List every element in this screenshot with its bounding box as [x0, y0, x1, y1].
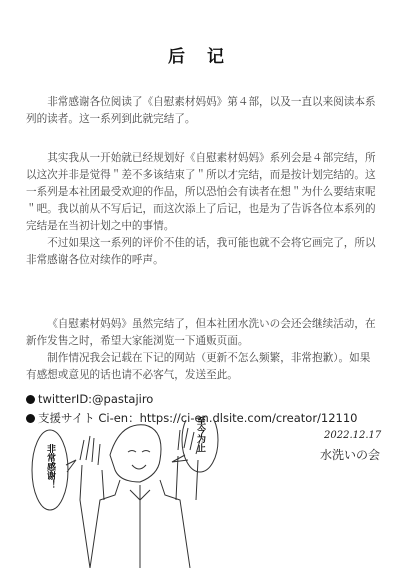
- paragraph: 其实我从一开始就已经规划好《自慰素材妈妈》系列会是４部完结，所以这次并非是觉得＂…: [26, 150, 376, 235]
- paragraph-group-2: 其实我从一开始就已经规划好《自慰素材妈妈》系列会是４部完结，所以这次并非是觉得＂…: [26, 150, 376, 269]
- illustration: 非常感谢！ 至今为止: [20, 420, 240, 568]
- page-title: 后 记: [0, 42, 400, 67]
- paragraph: 非常感谢各位阅读了《自慰素材妈妈》第４部，以及一直以来阅读本系列的读者。这一系列…: [26, 94, 376, 128]
- twitter-link[interactable]: twitterID:@pastajiro: [26, 390, 358, 409]
- paragraph: 《自慰素材妈妈》虽然完结了，但本社团水洗いの会还会继续活动，在新作发售之时，希望…: [26, 316, 376, 350]
- bullet-icon: [26, 395, 35, 404]
- paragraph: 制作情况我会记载在下记的网站（更新不怎么频繁，非常抱歉）。如果有感想或意见的话也…: [26, 350, 376, 384]
- speech-bubble-right: 至今为止: [194, 416, 207, 452]
- paragraph-group-1: 非常感谢各位阅读了《自慰素材妈妈》第４部，以及一直以来阅读本系列的读者。这一系列…: [26, 94, 376, 128]
- paragraph: 不过如果这一系列的评价不佳的话，我可能也就不会将它画完了，所以非常感谢各位对续作…: [26, 235, 376, 269]
- character-drawing-icon: [20, 420, 240, 568]
- signature-name: 水洗いの会: [320, 446, 380, 463]
- signature-date: 2022.12.17: [324, 430, 381, 441]
- paragraph-group-3: 《自慰素材妈妈》虽然完结了，但本社团水洗いの会还会继续活动，在新作发售之时，希望…: [26, 316, 376, 384]
- speech-bubble-left: 非常感谢！: [44, 444, 57, 489]
